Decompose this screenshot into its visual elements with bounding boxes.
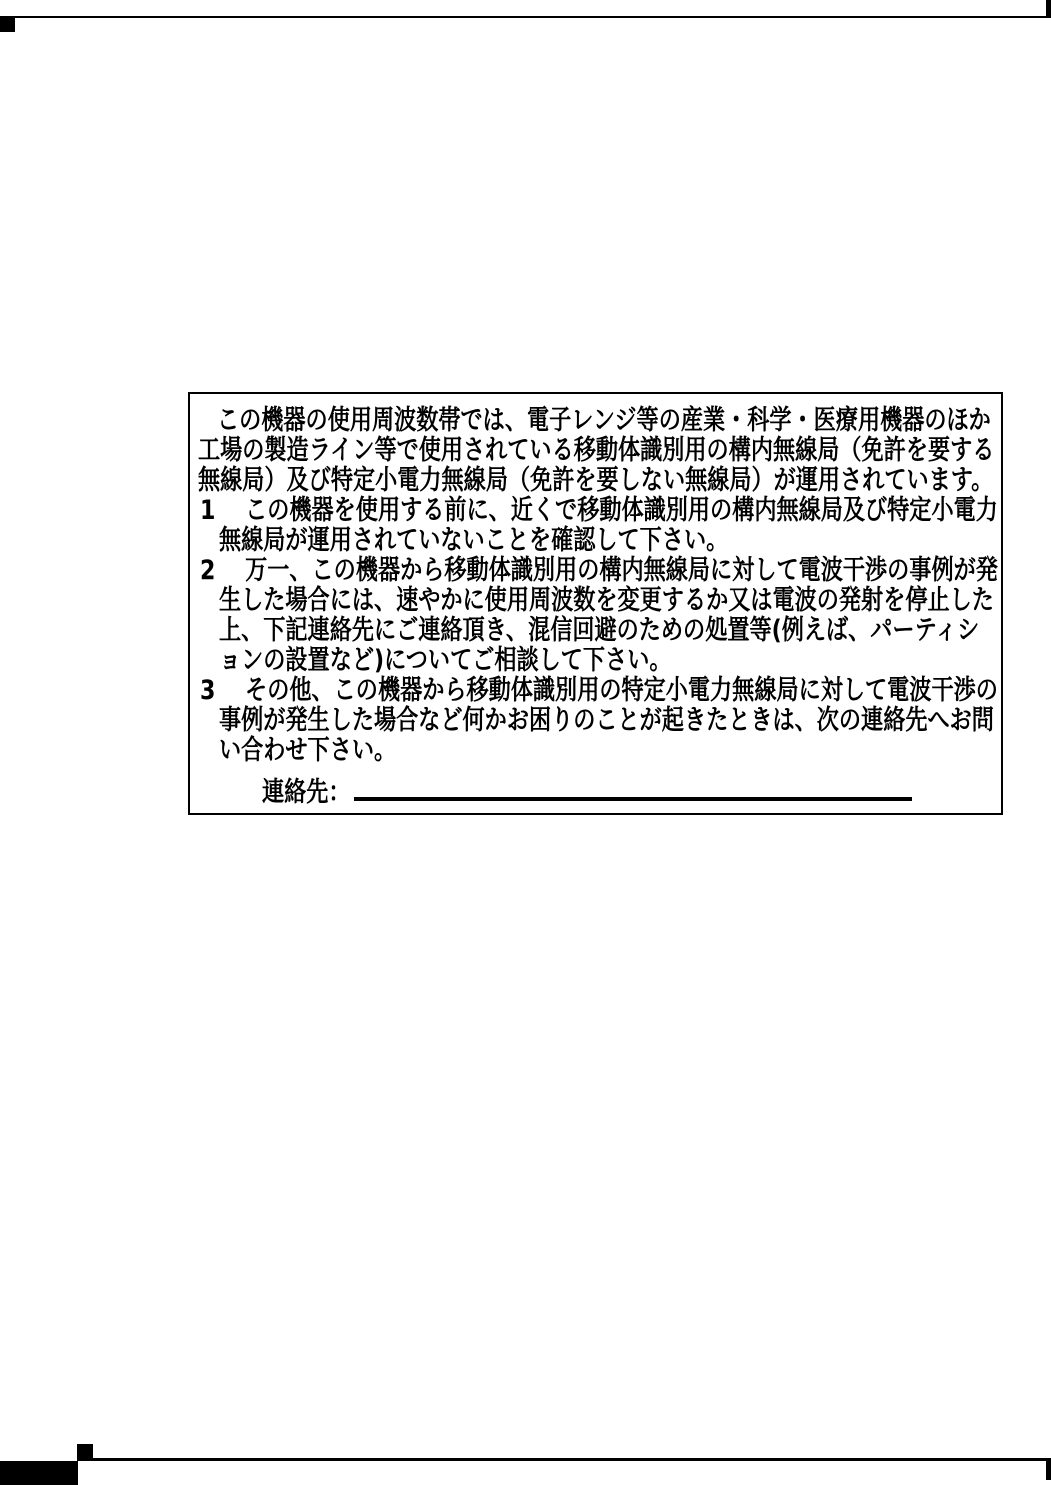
notice-line-text: 生した場合には、速やかに使用周波数を変更するか又は電波の発射を停止した	[219, 586, 994, 616]
notice-line-text: い合わせ下さい。	[219, 736, 396, 766]
notice-line: 1この機器を使用する前に、近くで移動体識別用の構内無線局及び特定小電力	[198, 496, 995, 526]
bottom-left-footer-block	[0, 1461, 78, 1485]
top-right-corner-mark	[1046, 0, 1051, 16]
top-header-rule	[0, 16, 1051, 18]
contact-row: 連絡先：	[198, 778, 995, 808]
notice-line-text: 上、下記連絡先にご連絡頂き、混信回避のための処置等(例えば、パーティシ	[219, 616, 979, 646]
notice-line: 3その他、この機器から移動体識別用の特定小電力無線局に対して電波干渉の	[198, 676, 995, 706]
notice-item-number: 1	[200, 496, 245, 526]
notice-line: 2万一、この機器から移動体識別用の構内無線局に対して電波干渉の事例が発	[198, 556, 995, 586]
notice-line: 無線局が運用されていないことを確認して下さい。	[198, 526, 995, 556]
notice-line-text: 万一、この機器から移動体識別用の構内無線局に対して電波干渉の事例が発	[245, 555, 998, 586]
notice-item-number: 2	[200, 556, 245, 586]
bottom-right-corner-mark	[1046, 1461, 1051, 1480]
notice-line-text: 無線局）及び特定小電力無線局（免許を要しない無線局）が運用されています。	[198, 466, 993, 496]
notice-line-text: この機器を使用する前に、近くで移動体識別用の構内無線局及び特定小電力	[245, 495, 998, 526]
notice-line: い合わせ下さい。	[198, 736, 995, 766]
notice-line-text: 工場の製造ライン等で使用されている移動体識別用の構内無線局（免許を要する	[198, 436, 994, 466]
document-page: この機器の使用周波数帯では、電子レンジ等の産業・科学・医療用機器のほか 工場の製…	[0, 0, 1051, 1485]
contact-label: 連絡先：	[262, 778, 351, 808]
notice-line: 工場の製造ライン等で使用されている移動体識別用の構内無線局（免許を要する	[198, 436, 995, 466]
bottom-footer-rule	[77, 1458, 1051, 1461]
notice-line-text: 無線局が運用されていないことを確認して下さい。	[219, 526, 728, 556]
contact-blank-line	[354, 779, 912, 801]
top-left-corner-mark	[0, 18, 15, 32]
notice-line-text: 事例が発生した場合など何かお困りのことが起きたときは、次の連絡先へお問	[219, 706, 994, 736]
notice-line: 事例が発生した場合など何かお困りのことが起きたときは、次の連絡先へお問	[198, 706, 995, 736]
notice-line: 上、下記連絡先にご連絡頂き、混信回避のための処置等(例えば、パーティシ	[198, 616, 995, 646]
notice-line-text: ョンの設置など)についてご相談して下さい。	[219, 646, 671, 676]
notice-line: 無線局）及び特定小電力無線局（免許を要しない無線局）が運用されています。	[198, 466, 995, 496]
radio-interference-notice: この機器の使用周波数帯では、電子レンジ等の産業・科学・医療用機器のほか 工場の製…	[188, 392, 1003, 815]
notice-line: この機器の使用周波数帯では、電子レンジ等の産業・科学・医療用機器のほか	[198, 406, 995, 436]
notice-line-text: この機器の使用周波数帯では、電子レンジ等の産業・科学・医療用機器のほか	[217, 406, 991, 436]
bottom-small-square-mark	[77, 1444, 93, 1458]
notice-line: ョンの設置など)についてご相談して下さい。	[198, 646, 995, 676]
notice-item-number: 3	[200, 676, 245, 706]
notice-line: 生した場合には、速やかに使用周波数を変更するか又は電波の発射を停止した	[198, 586, 995, 616]
notice-line-text: その他、この機器から移動体識別用の特定小電力無線局に対して電波干渉の	[245, 675, 998, 706]
